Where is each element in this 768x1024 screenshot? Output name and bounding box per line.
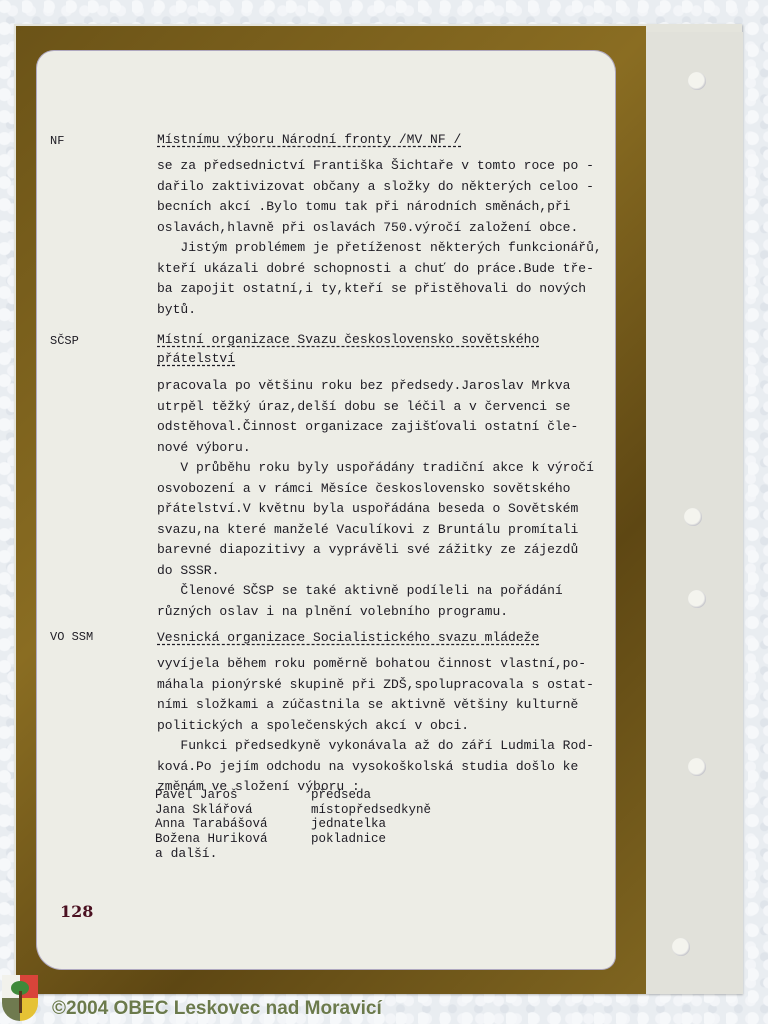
roster-row: Jana Sklářová místopředsedkyně	[155, 803, 431, 818]
roster-row: Anna Tarabášová jednatelka	[155, 817, 431, 832]
section-heading-nf: Místnímu výboru Národní fronty /MV NF /	[157, 130, 597, 149]
section-heading-vo-ssm: Vesnická organizace Socialistického svaz…	[157, 628, 597, 647]
member-role: předseda	[311, 788, 371, 803]
village-coat-of-arms-icon	[2, 975, 38, 1021]
committee-roster: Pavel Jaroš předseda Jana Sklářová místo…	[155, 788, 431, 846]
roster-row: Pavel Jaroš předseda	[155, 788, 431, 803]
chronicle-text: NF Místnímu výboru Národní fronty /MV NF…	[0, 0, 768, 1024]
section-label-vo-ssm: VO SSM	[50, 630, 93, 644]
section-body-vo-ssm: vyvíjela během roku poměrně bohatou činn…	[157, 654, 607, 798]
member-role: místopředsedkyně	[311, 803, 431, 818]
section-heading-scsp: Místní organizace Svazu československo s…	[157, 330, 557, 368]
section-body-nf: se za předsednictví Františka Šichtaře v…	[157, 156, 607, 320]
member-name: Jana Sklářová	[155, 803, 311, 818]
member-name: Anna Tarabášová	[155, 817, 311, 832]
member-role: jednatelka	[311, 817, 386, 832]
member-role: pokladnice	[311, 832, 386, 847]
copyright-watermark: ©2004 OBEC Leskovec nad Moravicí	[52, 998, 382, 1020]
section-label-nf: NF	[50, 134, 64, 148]
page-number: 128	[60, 902, 93, 921]
roster-closing: a další.	[155, 846, 217, 861]
member-name: Pavel Jaroš	[155, 788, 311, 803]
member-name: Božena Huriková	[155, 832, 311, 847]
section-body-scsp: pracovala po většinu roku bez předsedy.J…	[157, 376, 607, 622]
section-label-scsp: SČSP	[50, 334, 79, 348]
roster-row: Božena Huriková pokladnice	[155, 832, 431, 847]
